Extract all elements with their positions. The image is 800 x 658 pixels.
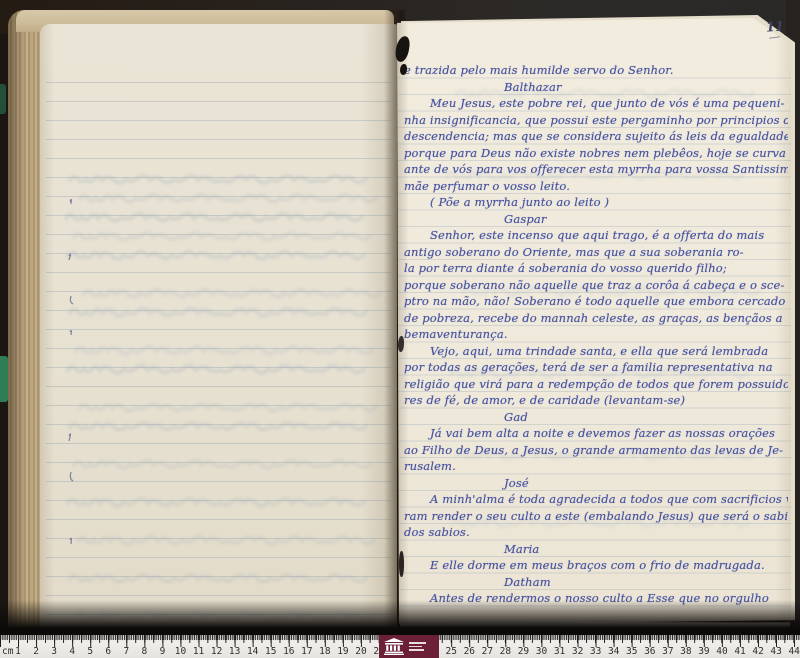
ruler-number: 27 [477,646,497,657]
ruler-number: 36 [640,646,660,657]
ruler-number: 42 [748,646,768,657]
manuscript-line: por todas as gerações, terá de ser a fam… [404,359,788,376]
right-page: e trazida pelo mais humilde servo do Sen… [397,18,791,624]
ruler-number: 15 [261,646,281,657]
manuscript-line: res de fé, de amor, e de caridade (levan… [404,392,788,409]
ruler-number: 17 [297,646,317,657]
archive-logo [379,635,439,658]
background-green-patch [0,356,8,402]
scan-background-bottom [0,600,800,640]
ruler-number: 12 [207,646,227,657]
ruler-number: 30 [532,646,552,657]
manuscript-line: Senhor, este incenso que aqui trago, é a… [404,227,788,244]
ruler-number: 29 [513,646,533,657]
manuscript-line: Meu Jesus, este pobre rei, que junto de … [404,95,788,112]
manuscript-line: mãe perfumar o vosso leito. [404,178,788,195]
manuscript-line: la por terra diante á soberania do vosso… [404,260,788,277]
manuscript-line: Vejo, aqui, uma trindade santa, e ella q… [404,343,788,360]
book-scan: e trazida pelo mais humilde servo do Sen… [0,0,800,658]
manuscript-line: rusalem. [404,458,788,475]
manuscript-line: de pobreza, recebe do mannah celeste, as… [404,310,788,327]
ruler-number: 41 [730,646,750,657]
ruler-number: 13 [225,646,245,657]
ruler-number: 39 [694,646,714,657]
manuscript-line: Maria [404,541,788,558]
ruler-number: 7 [116,646,136,657]
manuscript-line: porque soberano não aquelle que traz a c… [404,277,788,294]
ruler-number: 8 [134,646,154,657]
manuscript-line: A minh'alma é toda agradecida a todos qu… [404,491,788,508]
ruler-number: 34 [604,646,624,657]
manuscript-line: ante de vós para vos offerecer esta myrr… [404,161,788,178]
manuscript-line: E elle dorme em meus braços com o frio d… [404,557,788,574]
ruler-number: 32 [568,646,588,657]
manuscript-line: dos sabios. [404,524,788,541]
manuscript-line: religião que virá para a redempção de to… [404,376,788,393]
ruler-number: 20 [351,646,371,657]
ruler-number: 37 [658,646,678,657]
ruler-number: 43 [766,646,786,657]
manuscript-line: e trazida pelo mais humilde servo do Sen… [404,62,788,79]
ruler-number: 28 [495,646,515,657]
ruler-number: 18 [315,646,335,657]
ruler-number: 9 [152,646,172,657]
ruler-number: 11 [189,646,209,657]
manuscript-line: Gaspar [404,211,788,228]
manuscript-line: ( Põe a myrrha junto ao leito ) [404,194,788,211]
manuscript-line: antigo soberano do Oriente, mas que a su… [404,244,788,261]
manuscript-line: ram render o seu culto a este (embalando… [404,508,788,525]
ruler-number: 19 [333,646,353,657]
ruler-number: 3 [44,646,64,657]
manuscript-line: Datham [404,574,788,591]
manuscript-line: descendencia; mas que se considera sujei… [404,128,788,145]
ruler-number: 6 [98,646,118,657]
manuscript-line: Já vai bem alta a noite e devemos fazer … [404,425,788,442]
ruler-number: 40 [712,646,732,657]
ruler-number: 5 [80,646,100,657]
ruler-number: 4 [62,646,82,657]
ruled-lines [46,64,391,630]
manuscript-line: ptro na mão, não! Soberano é todo aquell… [404,293,788,310]
ruler-number: 33 [586,646,606,657]
ruler-number: 25 [441,646,461,657]
manuscript-line: porque para Deus não existe nobres nem p… [404,145,788,162]
ruler-number: 16 [279,646,299,657]
manuscript-line: Balthazar [404,79,788,96]
ruler-number: 31 [550,646,570,657]
background-green-patch [0,84,6,114]
ink-blot [399,551,404,577]
ruler-number: 1 [8,646,28,657]
library-building-icon [383,638,405,655]
manuscript-line: nha insignificancia, que possui este per… [404,112,788,129]
page-number: 11 [765,19,784,35]
manuscript-text: e trazida pelo mais humilde servo do Sen… [404,62,788,607]
left-page [40,24,397,636]
archive-logo-text-lines [409,642,426,651]
ruler-number: 10 [171,646,191,657]
ruler-number: 44 [784,646,800,657]
ruler-number: 35 [622,646,642,657]
ruler-number: 2 [26,646,46,657]
ruler-number: 26 [459,646,479,657]
manuscript-line: ao Filho de Deus, a Jesus, o grande arma… [404,442,788,459]
manuscript-line: José [404,475,788,492]
manuscript-line: Gad [404,409,788,426]
ruler-number: 38 [676,646,696,657]
ruler-number: 14 [243,646,263,657]
manuscript-line: bemaventurança. [404,326,788,343]
